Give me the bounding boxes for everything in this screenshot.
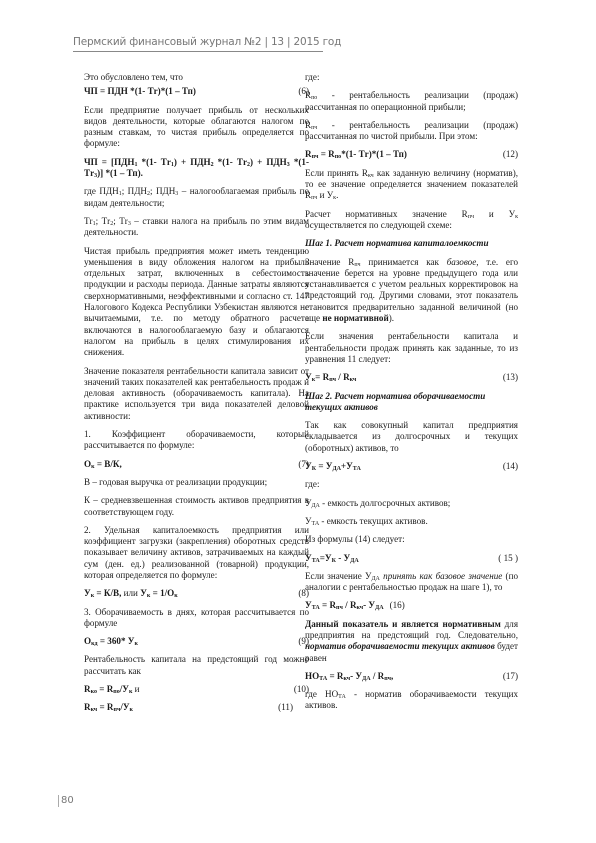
equation-multi-activity: ЧП = [ПДН1 *(1- Тr1) + ПДН2 *(1- Тr2) + …	[84, 157, 309, 180]
paragraph: Расчет нормативных значение Rпч и Ук осу…	[305, 209, 518, 232]
paragraph: Если предприятие получает прибыль от нес…	[84, 105, 309, 150]
equation-12: Rпч = Rпо*(1- Тr)*(1 – Тп) (12)	[305, 149, 518, 160]
equation-number: (14)	[503, 461, 518, 472]
paragraph: Данный показатель и является нормативным…	[305, 619, 518, 664]
equation-15: УТА=УК - УДА ( 15 )	[305, 553, 518, 564]
equation-9: Окд = 360* Ук (9)	[84, 636, 309, 647]
page-number: 80	[58, 795, 74, 807]
equation-number: (16)	[390, 600, 405, 611]
paragraph: 3. Оборачиваемость в днях, которая рассч…	[84, 607, 309, 630]
section-heading-step-2: Шаг 2. Расчет норматива оборачиваемости …	[305, 391, 518, 414]
right-column: где: Rпо - рентабельность реализации (пр…	[305, 72, 518, 719]
paragraph: 1. Коэффициент оборачиваемости, который …	[84, 429, 309, 452]
journal-header: Пермский финансовый журнал №2 | 13 | 201…	[73, 36, 323, 52]
paragraph: где:	[305, 479, 518, 490]
paragraph: Значение показателя рентабельности капит…	[84, 366, 309, 422]
equation-11: Rкч = Rпч/Ук (11)	[84, 702, 309, 713]
paragraph: Так как совокупный капитал предприятия с…	[305, 420, 518, 454]
paragraph: где:	[305, 72, 518, 83]
equation-7: Ок = В/К, (7)	[84, 459, 309, 470]
equation-number: (11)	[278, 702, 293, 713]
paragraph: 2. Удельная капиталоемкость предприятия …	[84, 525, 309, 581]
equation-number: (13)	[503, 372, 518, 383]
paragraph: Это обусловлено тем, что	[84, 72, 309, 83]
paragraph: К – средневзвешенная стоимость активов п…	[84, 495, 309, 518]
paragraph: где НОТА - норматив оборачиваемости теку…	[305, 689, 518, 712]
paragraph: УДА - емкость долгосрочных активов;	[305, 498, 518, 509]
paragraph: УТА - емкость текущих активов.	[305, 516, 518, 527]
equation-14: УК = УДА+УТА (14)	[305, 461, 518, 472]
equation-number: (17)	[503, 671, 518, 682]
paragraph: Rпо - рентабельность реализации (продаж)…	[305, 90, 518, 113]
paragraph: где ПДН1; ПДН2; ПДН3 – налогооблагаемая …	[84, 186, 309, 209]
equation-number: ( 15 )	[498, 553, 518, 564]
section-heading-step-1: Шаг 1. Расчет норматива капиталоемкости	[305, 238, 518, 249]
equation-number: (12)	[503, 149, 518, 160]
paragraph: Если значение УДА принять как базовое зн…	[305, 571, 518, 594]
paragraph: Тr1; Тr2; Тr3 – ставки налога на прибыль…	[84, 216, 309, 239]
paragraph: Значение Rпч принимается как базовое, т.…	[305, 257, 518, 325]
paragraph: Из формулы (14) следует:	[305, 534, 518, 545]
equation-17: НОТА = Rкч- УДА / Rпч, (17)	[305, 671, 518, 682]
paragraph: В – годовая выручка от реализации продук…	[84, 477, 309, 488]
equation-6: ЧП = ПДН *(1- Тr)*(1 – Тп) (6)	[84, 86, 309, 97]
left-column: Это обусловлено тем, что ЧП = ПДН *(1- Т…	[84, 72, 309, 721]
equation-16: УТА = Rпч / Rкч- УДА (16)	[305, 600, 518, 611]
paragraph: Если принять Rкч как заданную величину (…	[305, 168, 518, 202]
formula: ЧП = ПДН *(1- Тr)*(1 – Тп)	[84, 86, 196, 97]
equation-10: Rко = Rпо/Ук и (10)	[84, 684, 309, 695]
paragraph: Чистая прибыль предприятия может иметь т…	[84, 246, 309, 359]
equation-8: Ук = К/В, или Ук = 1/Ок (8)	[84, 588, 309, 599]
paragraph: Если значения рентабельности капитала и …	[305, 331, 518, 365]
equation-13: Ук= Rпч / Rкч (13)	[305, 372, 518, 383]
paragraph: Рентабельность капитала на предстоящий г…	[84, 654, 309, 677]
paragraph: Rпч - рентабельность реализации (продаж)…	[305, 120, 518, 143]
